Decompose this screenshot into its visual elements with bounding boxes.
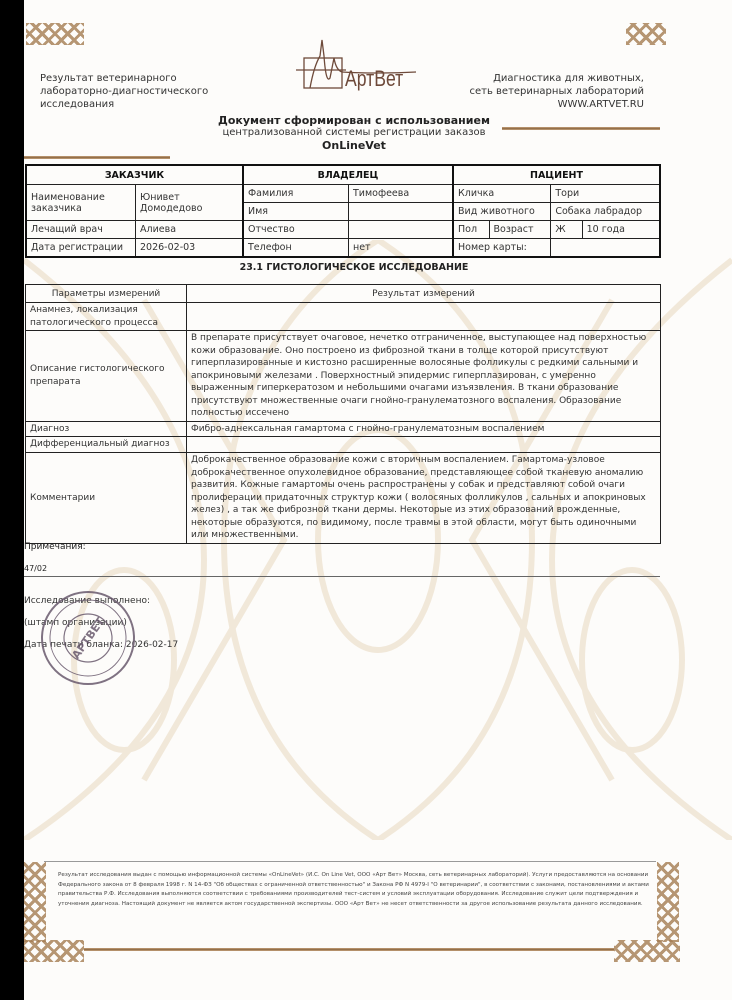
owner-name-value: [349, 203, 454, 221]
result-cell: Фибро-аднексальная гамартома с гнойно-гр…: [187, 421, 661, 437]
owner-phone-value: нет: [349, 239, 454, 258]
owner-patronymic-label: Отчество: [243, 221, 349, 239]
patient-sex-label: Пол: [453, 221, 489, 239]
result-cell: [187, 437, 661, 453]
website-link[interactable]: WWW.ARTVET.RU: [469, 98, 644, 111]
owner-header: ВЛАДЕЛЕЦ: [243, 165, 453, 185]
col-params-header: Параметры измерений: [26, 285, 187, 303]
patient-card-value: [551, 239, 660, 258]
footer-divider: [44, 861, 656, 862]
notes-value: 47/02: [24, 564, 47, 573]
patient-species-label: Вид животного: [453, 203, 551, 221]
svg-text:АРТВЕТ: АРТВЕТ: [69, 615, 107, 662]
patient-species-value: Собака лабрадор: [551, 203, 660, 221]
header-right-text: Диагностика для животных, сеть ветеринар…: [469, 72, 644, 111]
owner-name-label: Имя: [243, 203, 349, 221]
doctor-value: Алиева: [136, 221, 244, 239]
corner-ornament-bottom-right: [657, 862, 679, 942]
info-table: ЗАКАЗЧИК ВЛАДЕЛЕЦ ПАЦИЕНТ Наименование з…: [25, 164, 661, 258]
notes-divider: [24, 576, 660, 577]
result-cell: [187, 303, 661, 331]
doctor-label: Лечащий врач: [26, 221, 136, 239]
document-page: Результат ветеринарного лабораторно-диаг…: [24, 0, 732, 1000]
corner-ornament-top-right: [626, 23, 666, 45]
param-cell: Описание гистологического препарата: [26, 331, 187, 422]
table-row: Анамнез, локализация патологического про…: [26, 303, 661, 331]
param-cell: Дифференциальный диагноз: [26, 437, 187, 453]
corner-ornament-bottom-right-2: [614, 940, 680, 962]
patient-nickname-label: Кличка: [453, 185, 551, 203]
section-title: 23.1 ГИСТОЛОГИЧЕСКОЕ ИССЛЕДОВАНИЕ: [24, 262, 684, 273]
reg-date-value: 2026-02-03: [136, 239, 244, 258]
owner-patronymic-value: [349, 221, 454, 239]
patient-age-label: Возраст: [489, 221, 551, 239]
corner-ornament-top-left: [26, 23, 84, 45]
document-title: Документ сформирован с использованием це…: [24, 114, 684, 153]
header-left-text: Результат ветеринарного лабораторно-диаг…: [40, 72, 208, 111]
artvet-logo: АртВет: [296, 36, 426, 96]
corner-ornament-bottom-left-2: [24, 940, 84, 962]
owner-phone-label: Телефон: [243, 239, 349, 258]
result-cell: Доброкачественное образование кожи с вто…: [187, 453, 661, 544]
patient-age-value: 10 года: [582, 221, 660, 239]
owner-surname-label: Фамилия: [243, 185, 349, 203]
customer-name-value: Юнивет Домодедово: [136, 185, 244, 221]
patient-nickname-value: Тори: [551, 185, 660, 203]
footer-disclaimer: Результат исследования выдан с помощью и…: [58, 871, 658, 909]
table-row: Диагноз Фибро-аднексальная гамартома с г…: [26, 421, 661, 437]
param-cell: Комментарии: [26, 453, 187, 544]
reg-date-label: Дата регистрации: [26, 239, 136, 258]
owner-surname-value: Тимофеева: [349, 185, 454, 203]
table-row: Дифференциальный диагноз: [26, 437, 661, 453]
table-row: Комментарии Доброкачественное образовани…: [26, 453, 661, 544]
result-cell: В препарате присутствует очаговое, нечет…: [187, 331, 661, 422]
customer-header: ЗАКАЗЧИК: [26, 165, 243, 185]
customer-name-label: Наименование заказчика: [26, 185, 136, 221]
param-cell: Анамнез, локализация патологического про…: [26, 303, 187, 331]
table-row: Описание гистологического препарата В пр…: [26, 331, 661, 422]
param-cell: Диагноз: [26, 421, 187, 437]
patient-header: ПАЦИЕНТ: [453, 165, 660, 185]
patient-card-label: Номер карты:: [453, 239, 551, 258]
notes-label: Примечания:: [24, 542, 86, 552]
corner-ornament-bottom-left: [24, 862, 46, 942]
footer-rule-brown: [84, 948, 614, 951]
header-rule-left: [24, 156, 170, 159]
results-table: Параметры измерений Результат измерений …: [25, 284, 661, 544]
col-result-header: Результат измерений: [187, 285, 661, 303]
organization-stamp-icon: АРТВЕТ: [38, 588, 138, 688]
patient-sex-value: Ж: [551, 221, 582, 239]
left-edge-strip: [0, 0, 24, 1000]
